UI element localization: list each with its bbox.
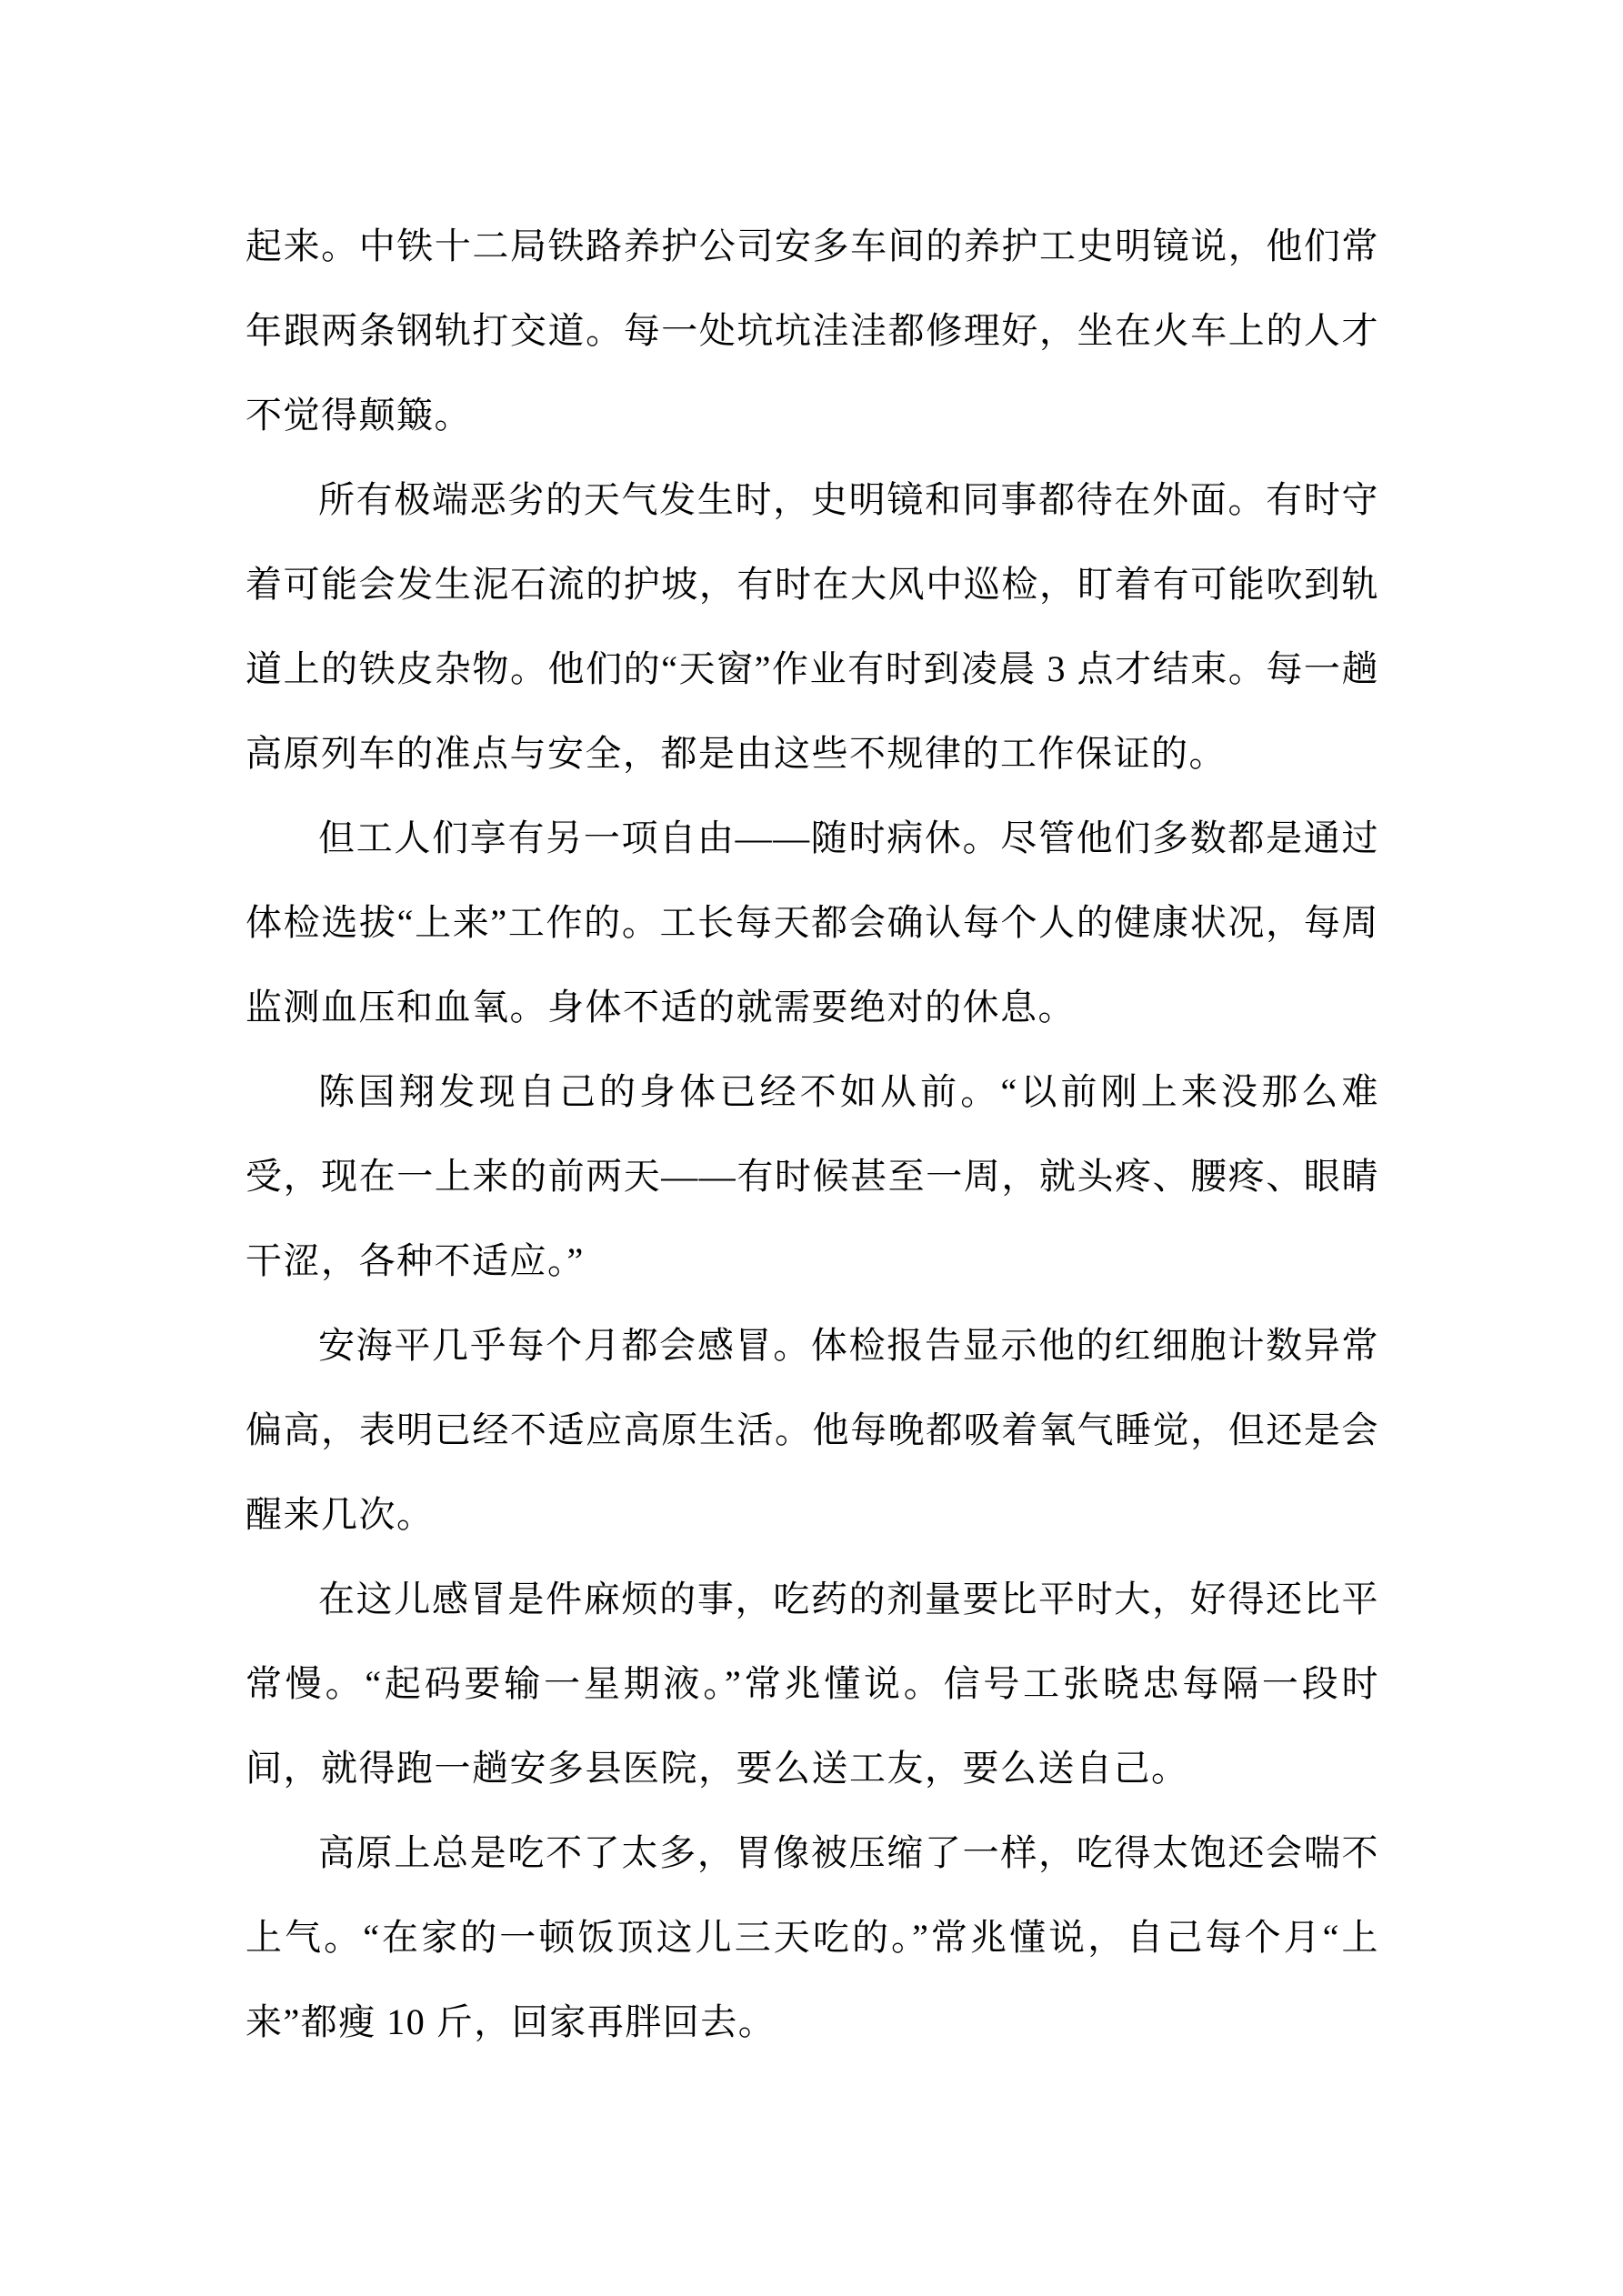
paragraph: 安海平几乎每个月都会感冒。体检报告显示他的红细胞计数异常偏高，表明已经不适应高原… [245, 1303, 1379, 1557]
paragraph: 在这儿感冒是件麻烦的事，吃药的剂量要比平时大，好得还比平常慢。“起码要输一星期液… [245, 1557, 1379, 1810]
paragraph: 陈国翔发现自己的身体已经不如从前。“以前刚上来没那么难受，现在一上来的前两天——… [245, 1049, 1379, 1303]
paragraph: 起来。中铁十二局铁路养护公司安多车间的养护工史明镜说，他们常年跟两条钢轨打交道。… [245, 204, 1379, 457]
document-body: 起来。中铁十二局铁路养护公司安多车间的养护工史明镜说，他们常年跟两条钢轨打交道。… [245, 204, 1379, 2064]
paragraph: 所有极端恶劣的天气发生时，史明镜和同事都待在外面。有时守着可能会发生泥石流的护坡… [245, 457, 1379, 796]
document-page: 起来。中铁十二局铁路养护公司安多车间的养护工史明镜说，他们常年跟两条钢轨打交道。… [0, 0, 1623, 2296]
paragraph: 但工人们享有另一项自由——随时病休。尽管他们多数都是通过体检选拔“上来”工作的。… [245, 796, 1379, 1049]
paragraph: 高原上总是吃不了太多，胃像被压缩了一样，吃得太饱还会喘不上气。“在家的一顿饭顶这… [245, 1810, 1379, 2064]
